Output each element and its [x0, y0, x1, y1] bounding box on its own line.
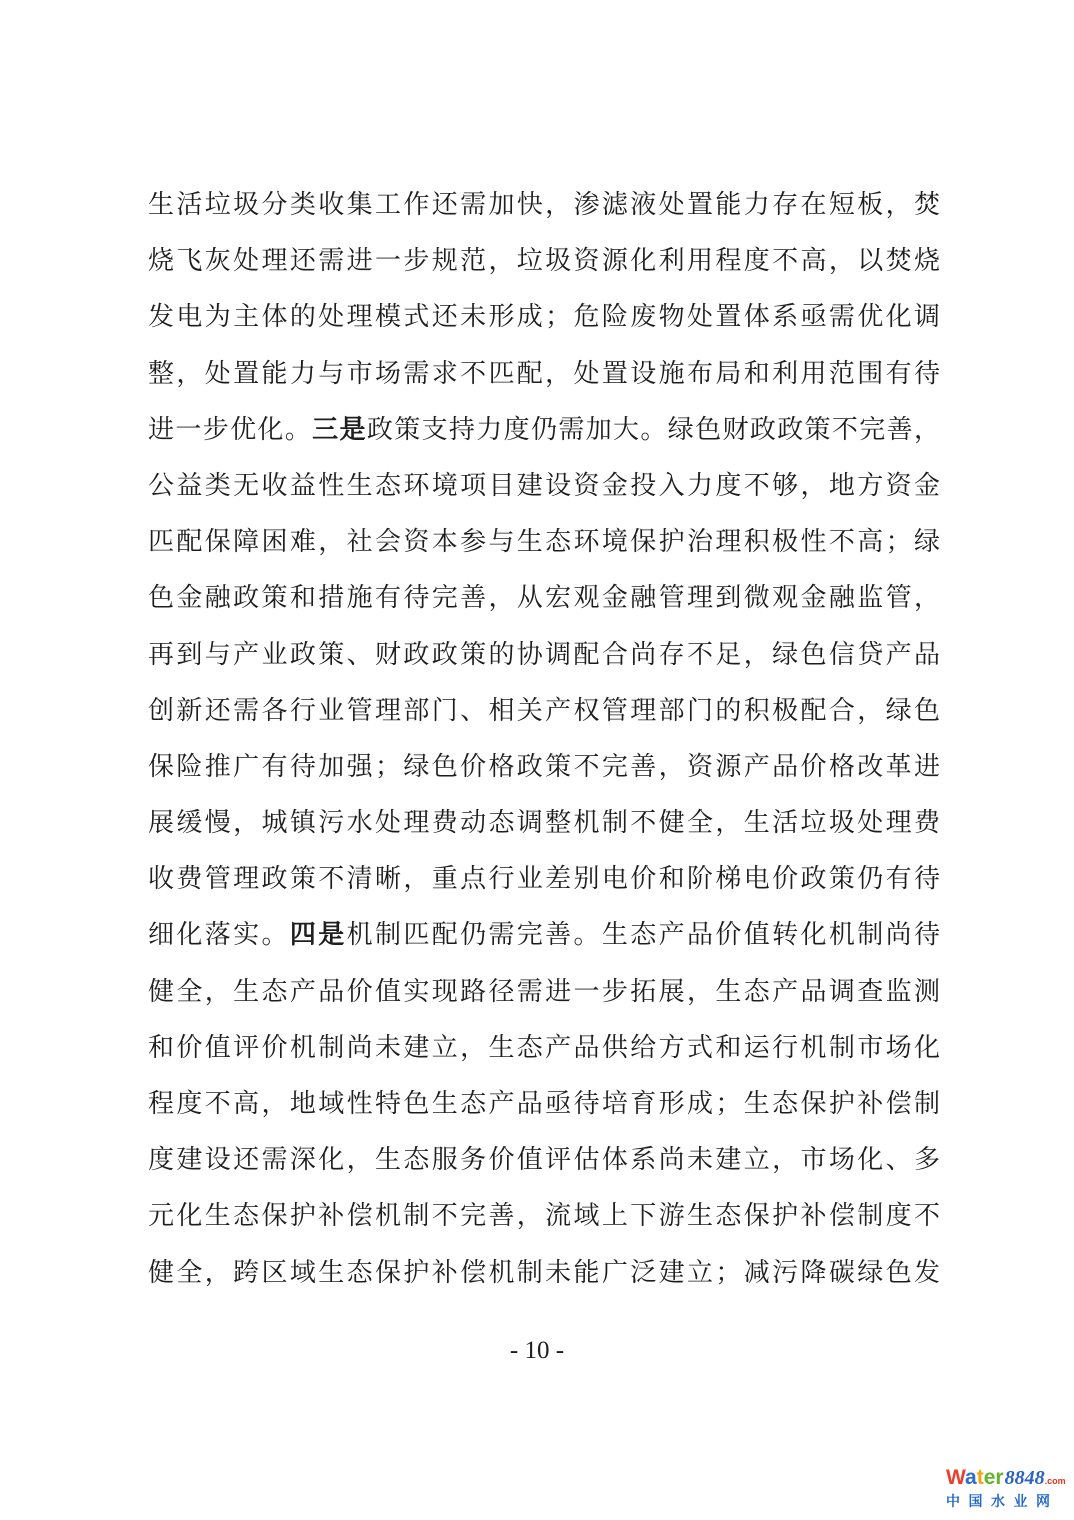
text-line-9: 再到与产业政策、财政政策的协调配合尚存不足，绿色信贷产品: [148, 627, 940, 683]
text-line-3: 发电为主体的处理模式还未形成；危险废物处置体系亟需优化调: [148, 289, 940, 345]
text-run: 进一步优化。: [148, 415, 312, 444]
text-line-6: 公益类无收益性生态环境项目建设资金投入力度不够，地方资金: [148, 458, 940, 514]
text-line-7: 匹配保障困难，社会资本参与生态环境保护治理积极性不高；绿: [148, 514, 940, 570]
text-run: 创新还需各行业管理部门、相关产权管理部门的积极配合，绿色: [148, 696, 940, 725]
text-line-19: 元化生态保护补偿机制不完善，流域上下游生态保护补偿制度不: [148, 1188, 940, 1244]
text-line-1: 生活垃圾分类收集工作还需加快，渗滤液处置能力存在短板，焚: [148, 177, 940, 233]
logo-site-name: 中国水业网: [946, 1491, 1074, 1511]
document-page: 生活垃圾分类收集工作还需加快，渗滤液处置能力存在短板，焚烧飞灰处理还需进一步规范…: [0, 0, 1074, 1520]
text-line-13: 收费管理政策不清晰，重点行业差别电价和阶梯电价政策仍有待: [148, 851, 940, 907]
text-line-2: 烧飞灰处理还需进一步规范，垃圾资源化利用程度不高，以焚烧: [148, 233, 940, 289]
text-line-15: 健全，生态产品价值实现路径需进一步拓展，生态产品调查监测: [148, 964, 940, 1020]
text-run: 度建设还需深化，生态服务价值评估体系尚未建立，市场化、多: [148, 1145, 940, 1174]
bold-section-marker: 四是: [290, 920, 347, 949]
text-run: 再到与产业政策、财政政策的协调配合尚存不足，绿色信贷产品: [148, 640, 940, 669]
text-line-16: 和价值评价机制尚未建立，生态产品供给方式和运行机制市场化: [148, 1020, 940, 1076]
text-run: 和价值评价机制尚未建立，生态产品供给方式和运行机制市场化: [148, 1033, 940, 1062]
text-line-14: 细化落实。四是机制匹配仍需完善。生态产品价值转化机制尚待: [148, 907, 940, 963]
logo-com-suffix: .com: [1045, 1476, 1066, 1486]
text-run: 政策支持力度仍需加大。绿色财政政策不完善，: [367, 415, 940, 444]
text-line-4: 整，处置能力与市场需求不匹配，处置设施布局和利用范围有待: [148, 346, 940, 402]
text-run: 烧飞灰处理还需进一步规范，垃圾资源化利用程度不高，以焚烧: [148, 246, 940, 275]
body-text: 生活垃圾分类收集工作还需加快，渗滤液处置能力存在短板，焚烧飞灰处理还需进一步规范…: [148, 177, 940, 1301]
logo-letter-r: r: [995, 1466, 1003, 1489]
text-run: 展缓慢，城镇污水处理费动态调整机制不健全，生活垃圾处理费: [148, 808, 940, 837]
logo-wordmark: Water 8848 .com: [946, 1466, 1074, 1490]
logo-8848-number: 8848: [1005, 1467, 1045, 1490]
text-line-20: 健全，跨区域生态保护补偿机制未能广泛建立；减污降碳绿色发: [148, 1245, 940, 1301]
logo-letter-t: t: [977, 1466, 984, 1489]
text-line-5: 进一步优化。三是政策支持力度仍需加大。绿色财政政策不完善，: [148, 402, 940, 458]
text-run: 元化生态保护补偿机制不完善，流域上下游生态保护补偿制度不: [148, 1201, 940, 1230]
logo-water-letters: Water: [946, 1466, 1004, 1490]
text-run: 整，处置能力与市场需求不匹配，处置设施布局和利用范围有待: [148, 359, 940, 388]
logo-letter-e: e: [984, 1466, 996, 1489]
text-line-12: 展缓慢，城镇污水处理费动态调整机制不健全，生活垃圾处理费: [148, 795, 940, 851]
text-run: 机制匹配仍需完善。生态产品价值转化机制尚待: [347, 920, 940, 949]
logo-letter-W: W: [946, 1466, 965, 1489]
text-run: 色金融政策和措施有待完善，从宏观金融管理到微观金融监管，: [148, 583, 940, 612]
text-run: 匹配保障困难，社会资本参与生态环境保护治理积极性不高；绿: [148, 527, 940, 556]
page-number: - 10 -: [0, 1337, 1074, 1365]
text-line-17: 程度不高，地域性特色生态产品亟待培育形成；生态保护补偿制: [148, 1076, 940, 1132]
text-run: 生活垃圾分类收集工作还需加快，渗滤液处置能力存在短板，焚: [148, 190, 940, 219]
bold-section-marker: 三是: [312, 415, 367, 444]
water8848-logo: Water 8848 .com 中国水业网: [946, 1466, 1074, 1511]
text-run: 发电为主体的处理模式还未形成；危险废物处置体系亟需优化调: [148, 302, 940, 331]
text-run: 保险推广有待加强；绿色价格政策不完善，资源产品价格改革进: [148, 752, 940, 781]
text-run: 收费管理政策不清晰，重点行业差别电价和阶梯电价政策仍有待: [148, 864, 940, 893]
text-run: 健全，跨区域生态保护补偿机制未能广泛建立；减污降碳绿色发: [148, 1258, 940, 1287]
text-run: 细化落实。: [148, 920, 290, 949]
text-run: 程度不高，地域性特色生态产品亟待培育形成；生态保护补偿制: [148, 1089, 940, 1118]
text-line-10: 创新还需各行业管理部门、相关产权管理部门的积极配合，绿色: [148, 683, 940, 739]
text-line-11: 保险推广有待加强；绿色价格政策不完善，资源产品价格改革进: [148, 739, 940, 795]
logo-letter-a: a: [965, 1466, 977, 1489]
text-line-18: 度建设还需深化，生态服务价值评估体系尚未建立，市场化、多: [148, 1132, 940, 1188]
text-line-8: 色金融政策和措施有待完善，从宏观金融管理到微观金融监管，: [148, 570, 940, 626]
text-run: 健全，生态产品价值实现路径需进一步拓展，生态产品调查监测: [148, 977, 940, 1006]
text-run: 公益类无收益性生态环境项目建设资金投入力度不够，地方资金: [148, 471, 940, 500]
